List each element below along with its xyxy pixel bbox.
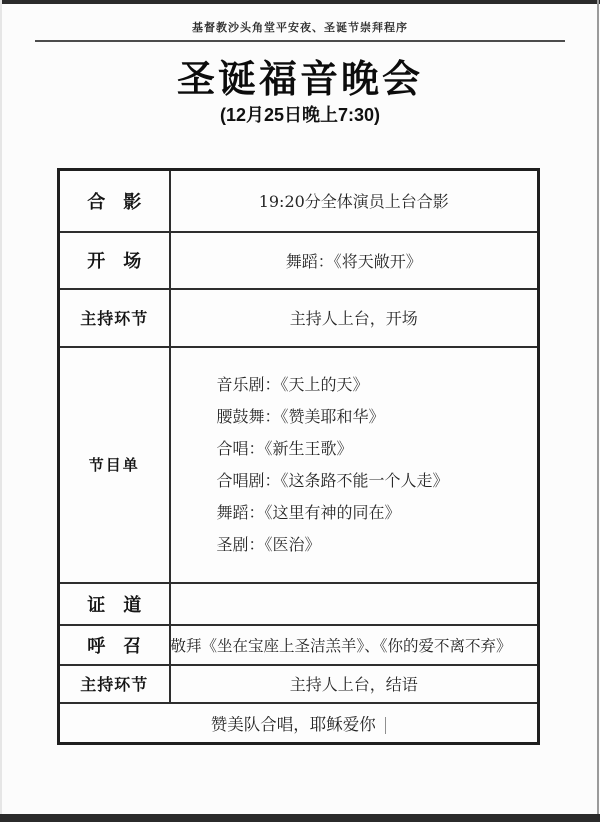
row-label-call: 呼召 [59, 625, 170, 665]
page-edge-top [0, 0, 600, 4]
row-content-program-list: 音乐剧：《天上的天》 腰鼓舞：《赞美耶和华》 合唱：《新生王歌》 合唱剧：《这条… [170, 347, 539, 583]
page-edge-bottom [0, 814, 600, 822]
row-content-host-open: 主持人上台，开场 [170, 289, 539, 347]
row-label-text: 主持环节 [80, 311, 148, 328]
row-label-program-list: 节目单 [59, 347, 170, 583]
row-content-photo: 19:20分全体演员上台合影 [170, 170, 539, 232]
program-item: 音乐剧：《天上的天》 [217, 376, 538, 394]
row-content-closing-song: 赞美队合唱，耶稣爱你 [59, 703, 539, 744]
program-item: 舞蹈：《这里有神的同在》 [217, 504, 538, 522]
scanned-document-page: 基督教沙头角堂平安夜、圣诞节崇拜程序 圣诞福音晚会 (12月25日晚上7:30)… [0, 0, 600, 822]
row-label-text: 节目单 [89, 457, 140, 474]
page-title: 圣诞福音晚会 [0, 48, 600, 103]
program-item: 圣剧：《医治》 [217, 536, 538, 554]
row-label-opening: 开场 [59, 232, 170, 289]
row-label-text: 主持环节 [80, 677, 148, 694]
table-row-closing-song: 赞美队合唱，耶稣爱你 [59, 703, 539, 744]
program-item: 合唱：《新生王歌》 [217, 440, 538, 458]
row-label-host-close: 主持环节 [59, 665, 170, 703]
row-label-text: 证道 [87, 595, 159, 615]
program-list: 音乐剧：《天上的天》 腰鼓舞：《赞美耶和华》 合唱：《新生王歌》 合唱剧：《这条… [171, 376, 538, 554]
program-table: 合影 19:20分全体演员上台合影 开场 舞蹈：《将天敞开》 主持环节 主持人上… [57, 168, 540, 745]
table-row-opening: 开场 舞蹈：《将天敞开》 [59, 232, 539, 289]
table-row-host-close: 主持环节 主持人上台，结语 [59, 665, 539, 703]
table-row-sermon: 证道 [59, 583, 539, 625]
row-label-text: 呼召 [87, 636, 159, 656]
row-content-call: 敬拜《坐在宝座上圣洁羔羊》、《你的爱不离不弃》 [170, 625, 539, 665]
page-subtitle: (12月25日晚上7:30) [0, 101, 600, 127]
header-divider-line [35, 40, 565, 42]
row-label-text: 开场 [87, 251, 159, 271]
row-label-host-open: 主持环节 [59, 289, 170, 347]
program-item: 合唱剧：《这条路不能一个人走》 [217, 472, 538, 490]
program-item: 腰鼓舞：《赞美耶和华》 [217, 408, 538, 426]
table-row-photo: 合影 19:20分全体演员上台合影 [59, 170, 539, 232]
text-cursor [385, 717, 387, 734]
table-row-program-list: 节目单 音乐剧：《天上的天》 腰鼓舞：《赞美耶和华》 合唱：《新生王歌》 合唱剧… [59, 347, 539, 583]
row-content-sermon [170, 583, 539, 625]
table-row-host-open: 主持环节 主持人上台，开场 [59, 289, 539, 347]
row-content-opening: 舞蹈：《将天敞开》 [170, 232, 539, 289]
table-row-call: 呼召 敬拜《坐在宝座上圣洁羔羊》、《你的爱不离不弃》 [59, 625, 539, 665]
row-label-photo: 合影 [59, 170, 170, 232]
row-label-sermon: 证道 [59, 583, 170, 625]
row-label-text: 合影 [87, 192, 159, 212]
row-content-host-close: 主持人上台，结语 [170, 665, 539, 703]
document-header-line: 基督教沙头角堂平安夜、圣诞节崇拜程序 [0, 19, 600, 35]
closing-song-text: 赞美队合唱，耶稣爱你 [211, 715, 376, 734]
